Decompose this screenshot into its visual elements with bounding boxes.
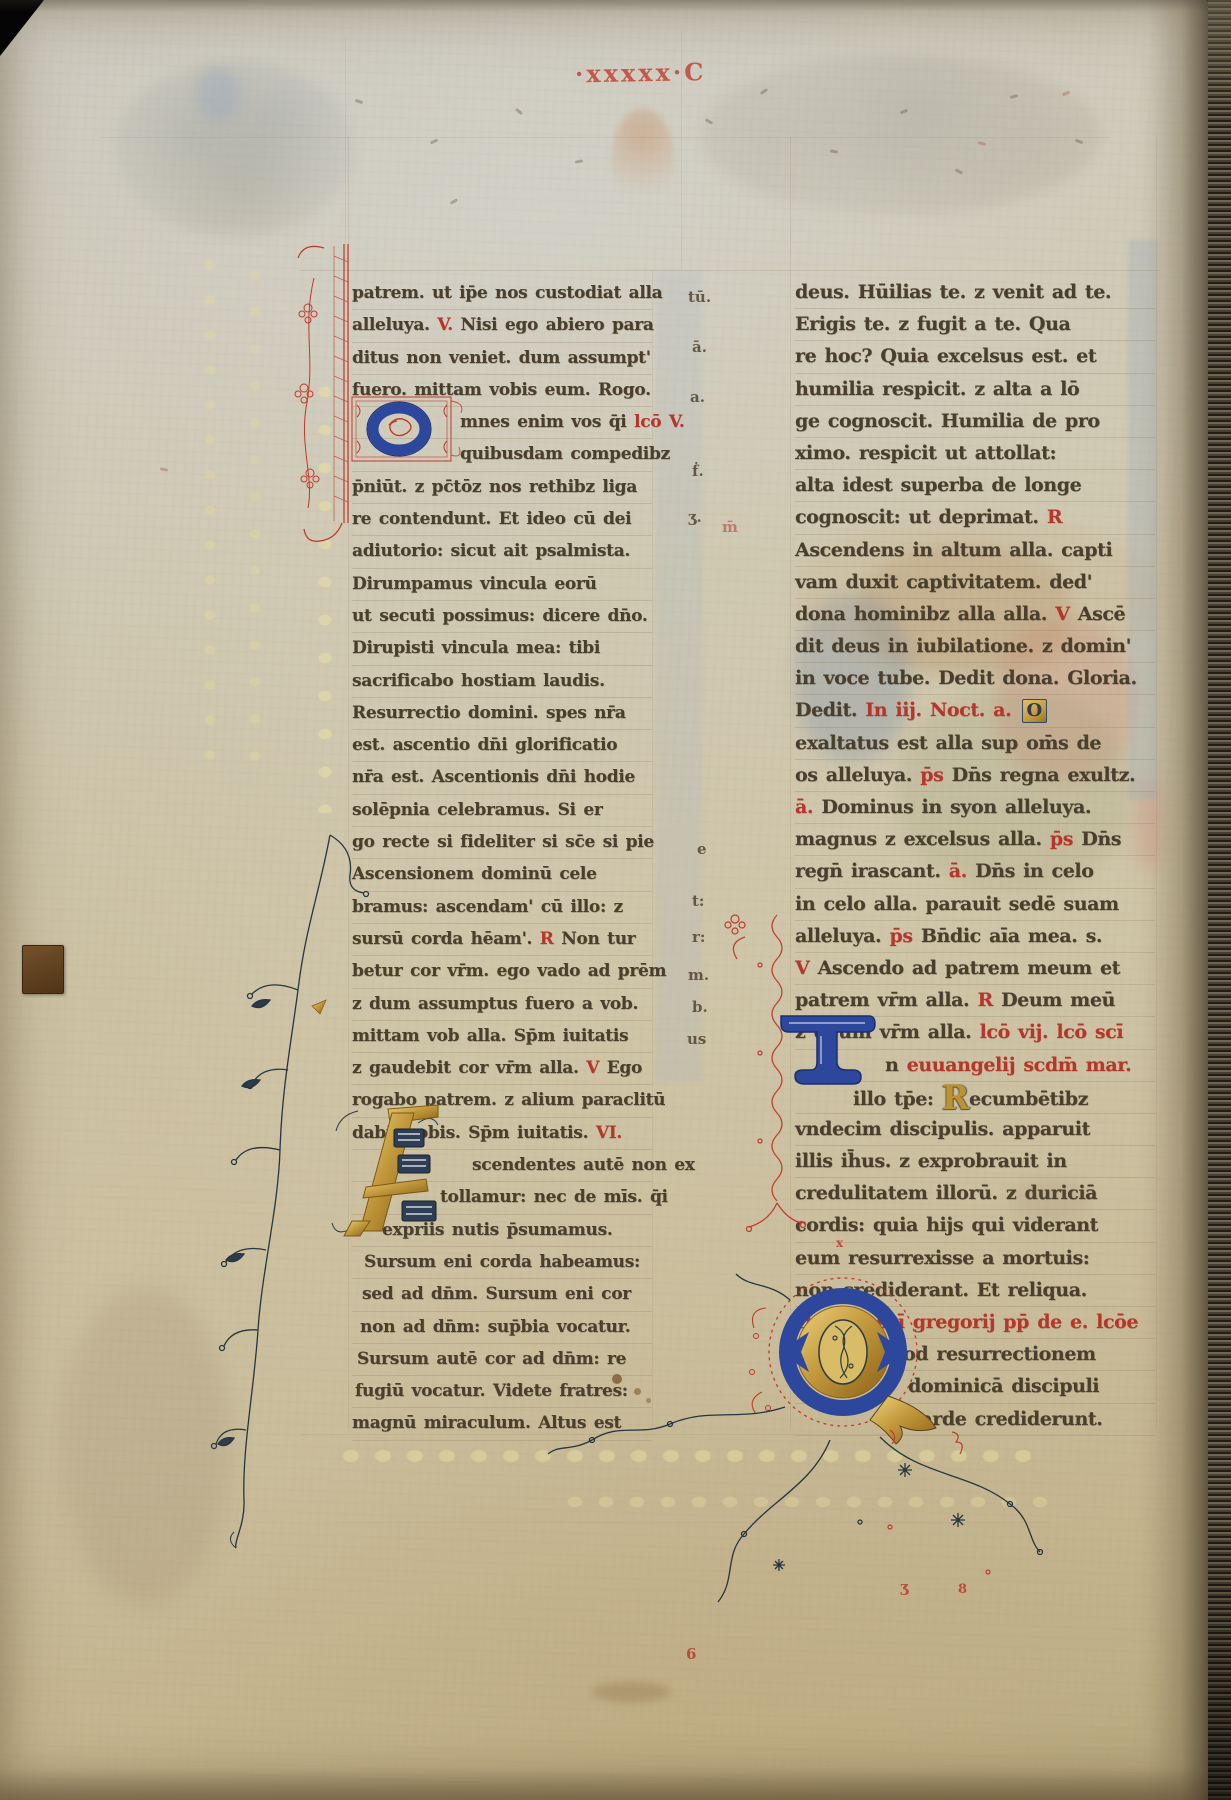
body-text: dit deus in iubilatione. z domin'	[795, 635, 1131, 657]
rubric-text: V.	[437, 315, 460, 335]
rubric-text: euuangelij scdm̄ mar.	[907, 1054, 1132, 1076]
body-text: mnes enim vos q̄i	[460, 412, 634, 432]
body-text: in celo alla. parauit sedē suam	[795, 893, 1119, 915]
text-line: illo tp̄e: Recumbētibz	[795, 1082, 1155, 1114]
body-text: tollamur: nec de mīs. q̄i	[440, 1187, 668, 1207]
body-text: deus. Hūilias te. z venit ad te.	[795, 281, 1111, 303]
rubric-text: R	[540, 929, 561, 949]
text-line: vndecim discipulis. apparuit	[795, 1114, 1155, 1146]
red-penwork-border	[294, 238, 352, 563]
text-line: magnus z excelsus alla. p̄s Dn̄s	[795, 824, 1155, 856]
ghost-dot-column-2	[243, 262, 267, 777]
text-line: deus. Hūilias te. z venit ad te.	[795, 277, 1155, 309]
rubric-text: p̄s	[889, 925, 920, 947]
margin-fragment: b.	[692, 998, 708, 1016]
body-text: Non tur	[561, 929, 635, 949]
red-filigree-chain	[715, 905, 805, 1235]
rubric-text: lcō vij. lcō scī	[980, 1021, 1124, 1043]
ruling-line-vertical-3	[790, 137, 791, 1429]
text-line: V Ascendo ad patrem meum et	[795, 953, 1155, 985]
body-text: patrem vr̄m alla.	[795, 989, 977, 1011]
text-line: ā. Dominus in syon alleluya.	[795, 792, 1155, 824]
body-text: z dum assumptus fuero a vob.	[352, 994, 638, 1014]
margin-fragment: ā.	[692, 338, 707, 356]
body-text: sacrificabo hostiam laudis.	[352, 671, 605, 691]
body-text: illis ih̄us. z exprobrauit in	[795, 1150, 1067, 1172]
rubric-text: lcō V.	[634, 412, 684, 432]
body-text: illo tp̄e:	[853, 1088, 942, 1110]
body-text: ditus non veniet. dum assumpt'	[352, 348, 651, 368]
body-text: Bn̄dic aīa mea. s.	[921, 925, 1102, 947]
text-line: Resurrectio domini. spes nr̄a	[352, 698, 652, 730]
pen-mark: x	[836, 1236, 843, 1250]
text-line: re contendunt. Et ideo cū dei	[352, 504, 652, 536]
text-line: go recte si fideliter si sc̄e si pie	[352, 827, 652, 859]
text-line: ximo. respicit ut attollat:	[795, 438, 1155, 470]
body-text: magnus z excelsus alla.	[795, 828, 1050, 850]
inline-initial: R	[942, 1078, 969, 1117]
text-line: ut secuti possimus: dicere dn̄o.	[352, 601, 652, 633]
boxed-initial: O	[1022, 699, 1047, 723]
body-text: Resurrectio domini. spes nr̄a	[352, 703, 626, 723]
body-text: Dn̄s regna exultz.	[952, 764, 1136, 786]
stain-smudge	[592, 1682, 670, 1702]
margin-fragment: a.	[690, 388, 705, 406]
pen-mark: 8	[958, 1582, 967, 1597]
text-line: z gaudebit cor vr̄m alla. V Ego	[352, 1053, 652, 1085]
text-line: nr̄a est. Ascentionis dn̄i hodie	[352, 762, 652, 794]
text-line: adiutorio: sicut ait psalmista.	[352, 536, 652, 568]
text-column-right: deus. Hūilias te. z venit ad te.Erigis t…	[795, 277, 1155, 1436]
text-line: est. ascentio dn̄i glorificatio	[352, 730, 652, 762]
body-text: Dirupisti vincula mea: tibi	[352, 638, 600, 658]
text-line: sursū corda hēam'. R Non tur	[352, 924, 652, 956]
stain-smudge	[60, 1286, 230, 1606]
ghost-dot-column-1	[198, 252, 222, 777]
ghost-foliage-top-right	[700, 55, 1100, 215]
body-text: alleluya.	[352, 315, 437, 335]
text-line: humilia respicit. z alta a lō	[795, 374, 1155, 406]
text-line: bramus: ascendam' cū illo: z	[352, 892, 652, 924]
drop-cap-o	[351, 395, 453, 465]
body-text: in voce tube. Dedit dona. Gloria.	[795, 667, 1137, 689]
body-text: re contendunt. Et ideo cū dei	[352, 509, 631, 529]
manuscript-photo: ·xxxxx·C patrem. ut ip̄e nos custodiat a…	[0, 0, 1231, 1800]
text-line: eum resurrexisse a mortuis:	[795, 1243, 1155, 1275]
body-text: humilia respicit. z alta a lō	[795, 378, 1079, 400]
body-text: Ascē	[1078, 603, 1126, 625]
rubric-text: R	[1047, 506, 1062, 528]
body-text: scendentes autē non ex	[472, 1155, 695, 1175]
text-line: regn̄ irascant. ā. Dn̄s in celo	[795, 856, 1155, 888]
body-text: exaltatus est alla sup om̄s de	[795, 732, 1101, 754]
stain-smudge	[1010, 1180, 1090, 1220]
text-line: illis ih̄us. z exprobrauit in	[795, 1146, 1155, 1178]
text-line: alleluya. p̄s Bn̄dic aīa mea. s.	[795, 921, 1155, 953]
margin-fragment: ḟ.	[692, 462, 704, 480]
text-line: Dirupisti vincula mea: tibi	[352, 633, 652, 665]
body-text: go recte si fideliter si sc̄e si pie	[352, 832, 654, 852]
body-text: mittam vob alla. Sp̄m iuitatis	[352, 1026, 628, 1046]
text-line: os alleluya. p̄s Dn̄s regna exultz.	[795, 760, 1155, 792]
rubric-text: p̄s	[920, 764, 951, 786]
margin-fragment: r:	[692, 928, 705, 946]
body-text: Sursum eni corda habeamus:	[364, 1252, 640, 1272]
text-line: ge cognoscit. Humilia de pro	[795, 406, 1155, 438]
text-line: cordis: quia hijs qui viderant	[795, 1210, 1155, 1242]
text-line: dit deus in iubilatione. z domin'	[795, 631, 1155, 663]
margin-fragment: t:	[692, 892, 704, 910]
page-curve-shading	[1148, 0, 1208, 1800]
text-line: vam duxit captivitatem. ded'	[795, 567, 1155, 599]
ruling-line-top-margin	[100, 137, 1110, 138]
body-text: dona hominibz alla alla.	[795, 603, 1055, 625]
body-text: Ascendo ad patrem meum et	[818, 957, 1120, 979]
body-text: alta idest superba de longe	[795, 474, 1081, 496]
margin-fragment: us	[687, 1030, 706, 1048]
margin-fragment: ʒ.	[688, 508, 702, 526]
crease-line-1	[345, 36, 346, 270]
body-text: Nisi ego abiero para	[460, 315, 653, 335]
body-text: os alleluya.	[795, 764, 920, 786]
body-text: vam duxit captivitatem. ded'	[795, 571, 1092, 593]
body-text: Ascendens in altum alla. capti	[795, 539, 1112, 561]
text-line: Ascendens in altum alla. capti	[795, 535, 1155, 567]
body-text: nr̄a est. Ascentionis dn̄i hodie	[352, 767, 635, 787]
body-text: p̄niūt. z pc̄tōz nos rethibz liga	[352, 477, 637, 497]
body-text: re hoc? Quia excelsus est. et	[795, 345, 1096, 367]
page-top-edge	[0, 0, 1208, 12]
body-text: betur cor vr̄m. ego vado ad prēm	[352, 961, 666, 981]
text-line: Ascensionem dominū cele	[352, 859, 652, 891]
page-bottom-edge	[0, 1768, 1208, 1800]
text-line: p̄niūt. z pc̄tōz nos rethibz liga	[352, 472, 652, 504]
text-line: patrem. ut ip̄e nos custodiat alla	[352, 278, 652, 310]
folio-number: ·xxxxx·C	[575, 57, 735, 89]
text-line: Erigis te. z fugit a te. Qua	[795, 309, 1155, 341]
text-line: cognoscit: ut deprimat. R	[795, 502, 1155, 534]
body-text: ximo. respicit ut attollat:	[795, 442, 1056, 464]
body-text: ecumbētibz	[969, 1088, 1088, 1110]
text-line: Dirumpamus vincula eorū	[352, 569, 652, 601]
text-line: credulitatem illorū. z duriciā	[795, 1178, 1155, 1210]
text-line: solēpnia celebramus. Si er	[352, 795, 652, 827]
text-line: Dedit. In iij. Noct. a. O	[795, 695, 1155, 727]
text-line: dona hominibz alla alla. V Ascē	[795, 599, 1155, 631]
pen-mark: 6	[686, 1645, 696, 1663]
body-text: adiutorio: sicut ait psalmista.	[352, 541, 630, 561]
rubric-text: In iij. Noct. a.	[865, 699, 1019, 721]
body-text: est. ascentio dn̄i glorificatio	[352, 735, 617, 755]
rubric-text: R	[977, 989, 1001, 1011]
text-line: alta idest superba de longe	[795, 470, 1155, 502]
margin-fragment: tū.	[688, 288, 711, 306]
text-line: alleluya. V. Nisi ego abiero para	[352, 310, 652, 342]
body-text: Deum meū	[1001, 989, 1115, 1011]
body-text: bramus: ascendam' cū illo: z	[352, 897, 623, 917]
body-text: patrem. ut ip̄e nos custodiat alla	[352, 283, 662, 303]
body-text: Ego	[607, 1058, 642, 1078]
next-page-edge	[1208, 0, 1231, 1800]
drop-cap-q	[540, 1272, 1085, 1617]
rubric-text: ā.	[949, 860, 975, 882]
text-line: exaltatus est alla sup om̄s de	[795, 728, 1155, 760]
margin-fragment-red: m̄	[722, 518, 738, 536]
stain-dot	[646, 1398, 651, 1403]
body-text: Dn̄s in celo	[975, 860, 1093, 882]
body-text: solēpnia celebramus. Si er	[352, 800, 603, 820]
pen-mark: ʒ	[900, 1578, 909, 1596]
body-text: Dedit.	[795, 699, 865, 721]
body-text: quibusdam compedibz	[460, 444, 670, 464]
body-text: regn̄ irascant.	[795, 860, 949, 882]
stain-dot	[634, 1388, 641, 1395]
body-text: vndecim discipulis. apparuit	[795, 1118, 1090, 1140]
body-text: Dominus in syon alleluya.	[821, 796, 1091, 818]
bookmark-tab	[22, 945, 64, 994]
rubric-text: V	[1055, 603, 1078, 625]
text-line: sacrificabo hostiam laudis.	[352, 666, 652, 698]
text-line: ditus non veniet. dum assumpt'	[352, 343, 652, 375]
ruling-line-header	[300, 270, 1160, 271]
text-line: in voce tube. Dedit dona. Gloria.	[795, 663, 1155, 695]
body-text: alleluya.	[795, 925, 889, 947]
rubric-text: ā.	[795, 796, 821, 818]
stain-dot	[612, 1374, 622, 1384]
text-line: re hoc? Quia excelsus est. et	[795, 341, 1155, 373]
body-text: ut secuti possimus: dicere dn̄o.	[352, 606, 648, 626]
text-line: mittam vob alla. Sp̄m iuitatis	[352, 1021, 652, 1053]
rubric-text: p̄s	[1050, 828, 1081, 850]
rubric-text: V	[586, 1058, 607, 1078]
body-text: cognoscit: ut deprimat.	[795, 506, 1047, 528]
text-line: in celo alla. parauit sedē suam	[795, 889, 1155, 921]
text-line: betur cor vr̄m. ego vado ad prēm	[352, 956, 652, 988]
body-text: Dirumpamus vincula eorū	[352, 574, 597, 594]
rubric-text: VI.	[596, 1123, 622, 1143]
body-text: Erigis te. z fugit a te. Qua	[795, 313, 1070, 335]
body-text: n	[885, 1054, 907, 1076]
body-text: ge cognoscit. Humilia de pro	[795, 410, 1100, 432]
ghost-blue-patch	[196, 68, 240, 120]
body-text: Dn̄s	[1081, 828, 1121, 850]
ghost-figure	[612, 108, 674, 208]
margin-fragment: e	[697, 840, 707, 858]
text-line: z dum assumptus fuero a vob.	[352, 989, 652, 1021]
margin-fragment: m.	[688, 966, 709, 984]
